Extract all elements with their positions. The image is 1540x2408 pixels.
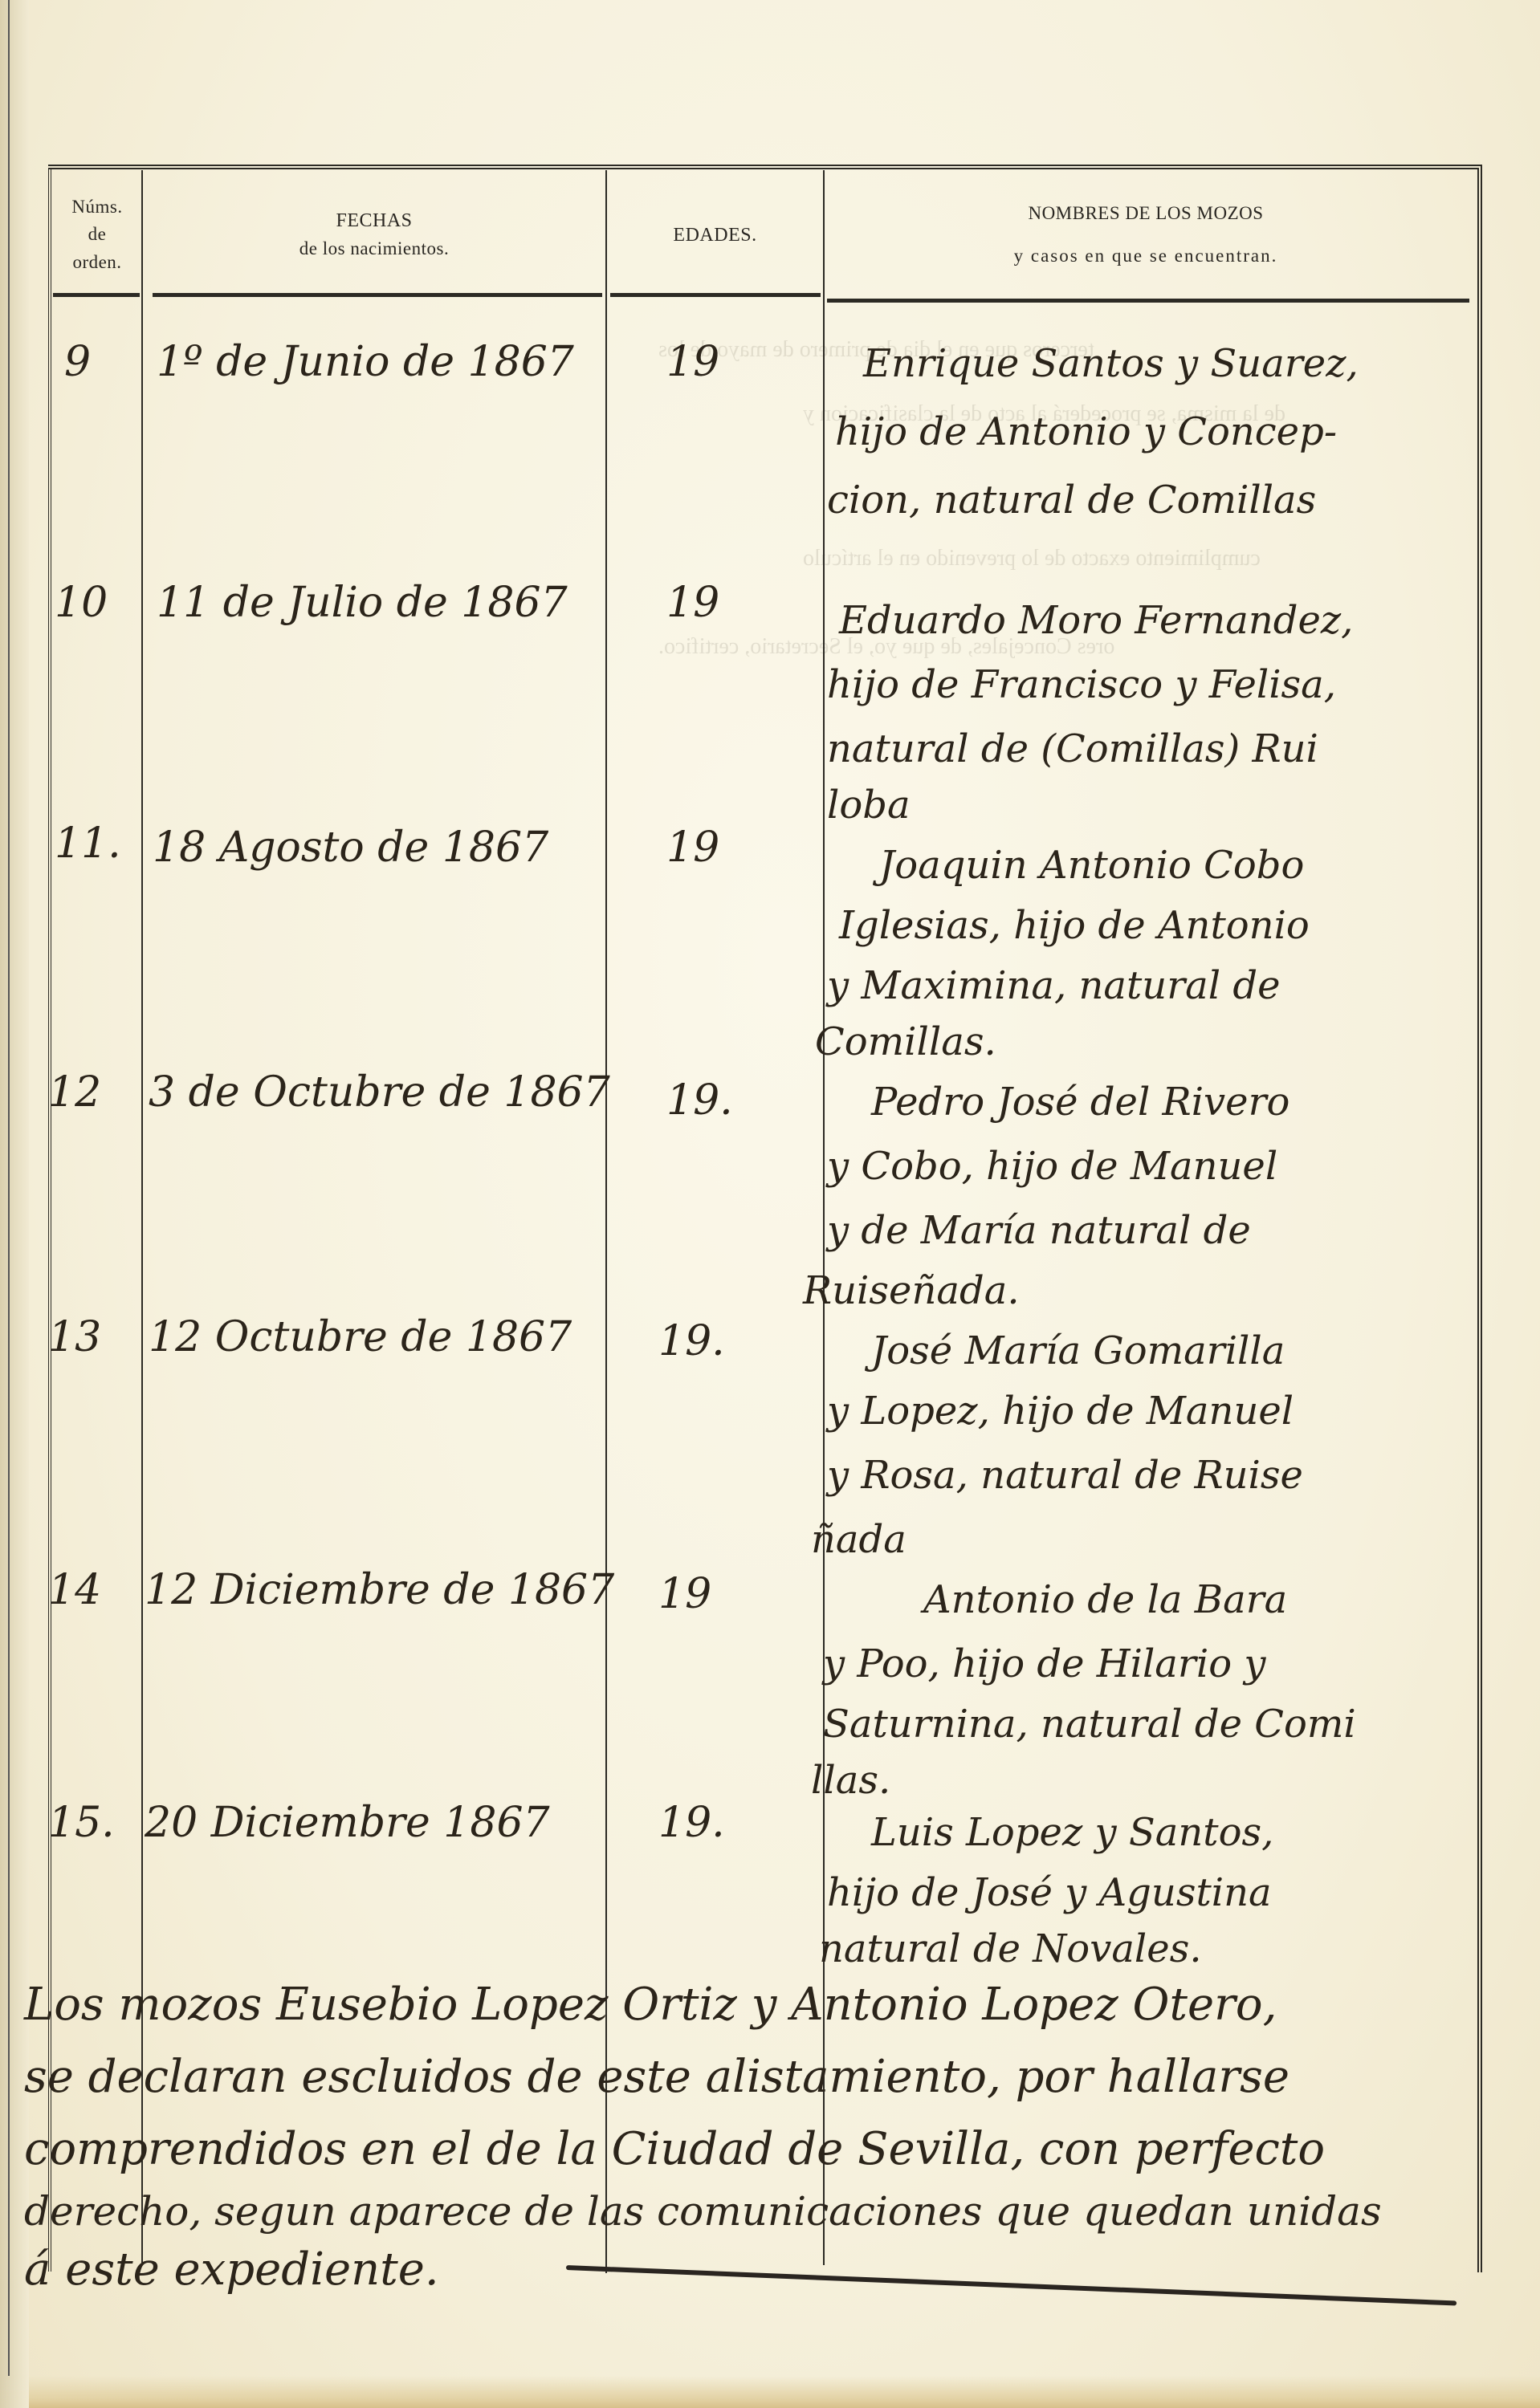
book-spine-edge xyxy=(0,0,30,2408)
name-line: José María Gomarilla xyxy=(871,1328,1285,1373)
age: 19. xyxy=(658,1320,725,1362)
header-text: de xyxy=(88,221,107,249)
row-number: 12 xyxy=(48,1072,101,1113)
header-nombres: NOMBRES DE LOS MOZOS y casos en que se e… xyxy=(825,181,1467,289)
header-rule xyxy=(610,293,821,297)
row-number: 10 xyxy=(55,582,108,624)
header-text: EDADES. xyxy=(673,221,756,250)
name-line: hijo de Antonio y Concep- xyxy=(835,409,1337,454)
page-bottom-edge xyxy=(29,2376,1540,2408)
name-line: y de María natural de xyxy=(827,1208,1251,1253)
name-line: Ruiseñada. xyxy=(803,1268,1020,1313)
name-line: y Lopez, hijo de Manuel xyxy=(827,1389,1294,1434)
header-num-orden: Núms. de orden. xyxy=(53,181,141,289)
name-line: Antonio de la Bara xyxy=(923,1577,1287,1622)
birth-date: 3 de Octubre de 1867 xyxy=(149,1072,610,1113)
footnote-line: á este expediente. xyxy=(24,2247,439,2292)
birth-date: 12 Octubre de 1867 xyxy=(149,1316,572,1358)
row-number: 15. xyxy=(48,1802,115,1844)
birth-date: 1º de Junio de 1867 xyxy=(157,341,574,383)
name-line: y Rosa, natural de Ruise xyxy=(827,1453,1303,1498)
name-line: Eduardo Moro Fernandez, xyxy=(839,598,1353,643)
name-line: llas. xyxy=(811,1758,890,1803)
header-text: de los nacimientos. xyxy=(299,235,449,263)
name-line: hijo de José y Agustina xyxy=(827,1870,1272,1915)
header-text: orden. xyxy=(72,249,121,277)
name-line: Joaquin Antonio Cobo xyxy=(879,843,1304,888)
name-line: Comillas. xyxy=(815,1019,996,1064)
name-line: natural de (Comillas) Rui xyxy=(827,726,1318,771)
header-rule xyxy=(153,293,602,297)
name-line: ñada xyxy=(811,1517,906,1562)
header-text: y casos en que se encuentran. xyxy=(1014,242,1278,270)
footnote-line: derecho, segun aparece de las comunicaci… xyxy=(24,2191,1382,2231)
name-line: Pedro José del Rivero xyxy=(871,1080,1289,1125)
header-text: NOMBRES DE LOS MOZOS xyxy=(1028,200,1263,228)
name-line: Luis Lopez y Santos, xyxy=(871,1810,1273,1855)
age: 19 xyxy=(666,582,719,624)
name-line: cion, natural de Comillas xyxy=(827,478,1316,523)
footnote-line: comprendidos en el de la Ciudad de Sevil… xyxy=(24,2127,1325,2172)
name-line: natural de Novales. xyxy=(819,1926,1202,1971)
birth-date: 18 Agosto de 1867 xyxy=(153,827,548,868)
age: 19. xyxy=(658,1802,725,1844)
birth-date: 12 Diciembre de 1867 xyxy=(145,1569,614,1611)
footnote-line: se declaran escluidos de este alistamien… xyxy=(24,2055,1289,2100)
name-line: y Poo, hijo de Hilario y xyxy=(823,1641,1265,1686)
header-rule xyxy=(53,293,140,297)
header-text: Núms. xyxy=(71,193,122,222)
row-number: 13 xyxy=(48,1316,101,1358)
name-line: y Maximina, natural de xyxy=(827,963,1281,1008)
name-line: hijo de Francisco y Felisa, xyxy=(827,662,1336,707)
age: 19. xyxy=(666,1080,733,1121)
name-line: Saturnina, natural de Comi xyxy=(823,1702,1356,1747)
birth-date: 20 Diciembre 1867 xyxy=(145,1802,550,1844)
age: 19 xyxy=(658,1573,711,1615)
header-fechas: FECHAS de los nacimientos. xyxy=(143,181,605,289)
row-number: 14 xyxy=(48,1569,101,1611)
age: 19 xyxy=(666,827,719,868)
table-frame-left xyxy=(48,169,51,2272)
name-line: Enrique Santos y Suarez, xyxy=(863,341,1359,386)
age: 19 xyxy=(666,341,719,383)
row-number: 9 xyxy=(64,341,91,383)
name-line: Iglesias, hijo de Antonio xyxy=(839,903,1310,948)
column-divider xyxy=(141,170,143,2265)
name-line: loba xyxy=(827,783,911,828)
birth-date: 11 de Julio de 1867 xyxy=(157,582,568,624)
name-line: y Cobo, hijo de Manuel xyxy=(827,1144,1277,1189)
footnote-line: Los mozos Eusebio Lopez Ortiz y Antonio … xyxy=(24,1983,1277,2028)
header-rule xyxy=(827,299,1469,303)
row-number: 11. xyxy=(55,823,121,864)
header-text: FECHAS xyxy=(336,206,412,235)
column-divider xyxy=(605,170,607,2273)
header-edades: EDADES. xyxy=(607,181,823,289)
